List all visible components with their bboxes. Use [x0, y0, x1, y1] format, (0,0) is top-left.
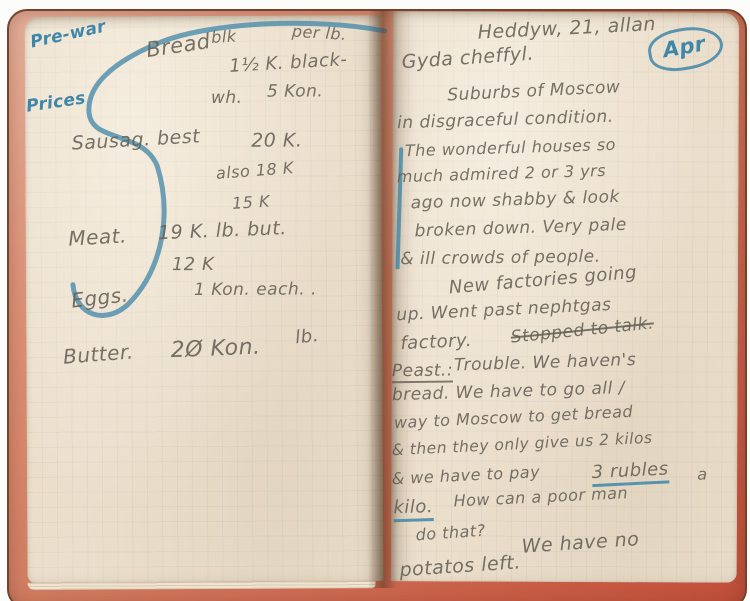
- handwriting-fragment: Meat.: [68, 223, 128, 250]
- left-page: Pre-war Prices Bread blk per lb. 1½ K. b…: [25, 15, 384, 583]
- handwriting-line: ago now shabby & look: [410, 187, 620, 213]
- handwriting-line: do that?: [415, 521, 486, 545]
- handwriting-line: & we have to pay: [391, 462, 540, 488]
- handwriting-fragment: 2Ø Kon.: [170, 335, 261, 364]
- handwriting-fragment: wh.: [211, 88, 243, 108]
- handwriting-line: & then they only give us 2 kilos: [391, 429, 653, 460]
- handwriting-underlined-blue: kilo.: [393, 496, 433, 522]
- handwriting-line: factory.: [400, 330, 473, 354]
- handwriting-fragment: lb.: [294, 325, 320, 348]
- handwriting-fragment: Butter.: [62, 339, 134, 368]
- binding-gutter-shadow: [368, 10, 398, 588]
- handwriting-line: Trouble. We haven's: [454, 350, 637, 376]
- handwriting-line: potatos left.: [399, 551, 522, 581]
- date-mark-circled: Apr: [645, 22, 726, 76]
- handwriting-line: way to Moscow to get bread: [393, 402, 633, 432]
- handwriting-fragment: 12 K: [172, 254, 215, 275]
- handwriting-fragment: 20 K.: [251, 129, 302, 151]
- notebook-scan: Pre-war Prices Bread blk per lb. 1½ K. b…: [0, 0, 750, 601]
- handwriting-line: in disgraceful condition.: [397, 107, 614, 134]
- handwriting-line: Heddyw, 21, allan: [477, 13, 656, 44]
- handwriting-line: How can a poor man: [453, 483, 628, 510]
- handwriting-fragment: per lb.: [291, 22, 347, 45]
- handwriting-line: Peast.:: [392, 360, 454, 383]
- handwriting-line: Suburbs of Moscow: [447, 77, 621, 105]
- handwriting-line: The wonderful houses so: [405, 135, 617, 160]
- handwriting-underlined-blue: 3 rubles: [591, 458, 669, 487]
- handwriting-line: Gyda cheffyl.: [401, 43, 534, 74]
- handwriting-line: a: [697, 465, 707, 484]
- handwriting-fragment: blk: [211, 27, 237, 47]
- handwriting-line: & ill crowds of people.: [400, 247, 600, 270]
- handwriting-line: We have no: [521, 528, 640, 558]
- right-page: Apr Heddyw, 21, allan Gyda cheffyl. Subu…: [391, 11, 739, 583]
- handwriting-fragment: 5 Kon.: [267, 81, 323, 101]
- handwriting-fragment: 15 K: [231, 192, 270, 213]
- handwriting-line: broken down. Very pale: [414, 215, 627, 241]
- handwriting-fragment: 1 Kon. each. .: [194, 279, 317, 300]
- handwriting-line: much admired 2 or 3 yrs: [397, 161, 607, 186]
